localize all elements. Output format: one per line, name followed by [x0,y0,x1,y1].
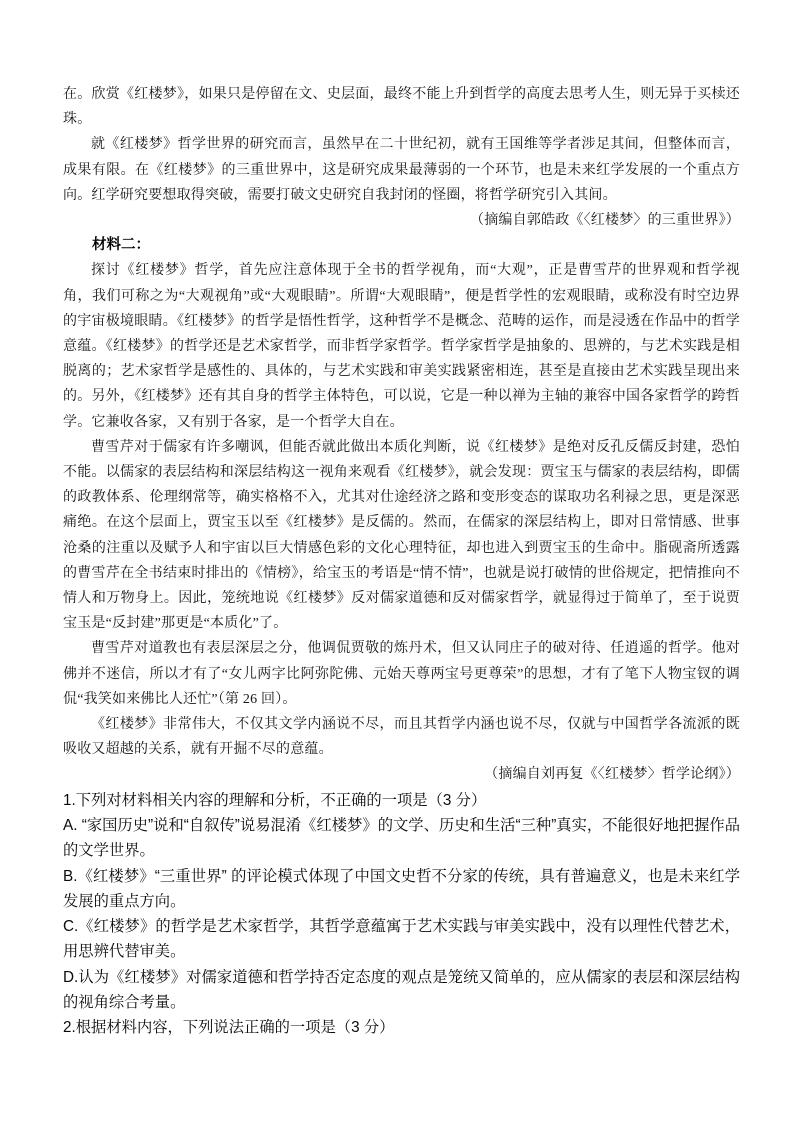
material2-paragraph-1: 探讨《红楼梦》哲学，首先应注意体现于全书的哲学视角，而“大观”，正是曹雪芹的世界… [63,258,740,434]
material1-paragraph: 就《红楼梦》哲学世界的研究而言，虽然早在二十世纪初，就有王国维等学者涉足其间，但… [63,132,740,208]
material1-attribution: （摘编自郭皓政《〈红楼梦〉的三重世界》） [63,208,740,233]
question-1-option-c: C.《红楼梦》的哲学是艺术家哲学，其哲学意蕴寓于艺术实践与审美实践中，没有以理性… [63,914,740,965]
question-2-stem: 2.根据材料内容，下列说法正确的一项是（3 分） [63,1015,740,1040]
exam-paper-page: 在。欣赏《红楼梦》，如果只是停留在文、史层面，最终不能上升到哲学的高度去思考人生… [0,0,794,1123]
question-1-option-d: D.认为《红楼梦》对儒家道德和哲学持否定态度的观点是笼统又简单的，应从儒家的表层… [63,965,740,1016]
material1-continuation-paragraph: 在。欣赏《红楼梦》，如果只是停留在文、史层面，最终不能上升到哲学的高度去思考人生… [63,82,740,132]
question-1-stem: 1.下列对材料相关内容的理解和分析，不正确的一项是（3 分） [63,788,740,813]
material2-heading: 材料二： [63,233,740,258]
question-1-option-a: A. “家国历史”说和“自叙传”说易混淆《红楼梦》的文学、历史和生活“三种”真实… [63,813,740,864]
material2-paragraph-2: 曹雪芹对于儒家有许多嘲讽，但能否就此做出本质化判断，说《红楼梦》是绝对反孔反儒反… [63,435,740,637]
material2-paragraph-4: 《红楼梦》非常伟大，不仅其文学内涵说不尽，而且其哲学内涵也说不尽，仅就与中国哲学… [63,712,740,762]
material2-attribution: （摘编自刘再复《〈红楼梦〉哲学论纲》） [63,762,740,787]
material2-paragraph-3: 曹雪芹对道教也有表层深层之分，他调侃贾敬的炼丹术，但又认同庄子的破对待、任逍遥的… [63,636,740,712]
question-1-option-b: B.《红楼梦》“三重世界” 的评论模式体现了中国文史哲不分家的传统，具有普遍意义… [63,864,740,915]
